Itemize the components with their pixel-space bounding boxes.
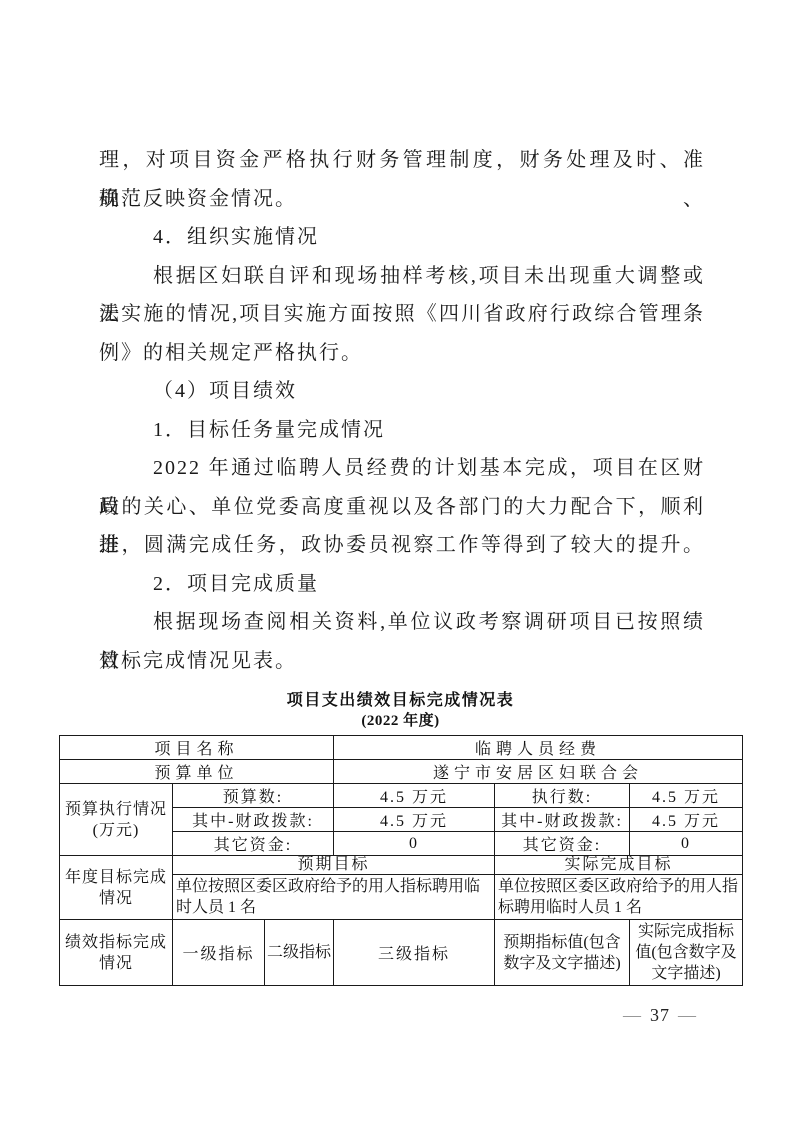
cell-level3-indicator: 三级指标: [334, 920, 495, 986]
cell-annual-target-label: 年度目标完成情况: [60, 856, 173, 920]
text-line: 局的关心、单位党委高度重视以及各部门的大力配合下，顺利推: [99, 488, 705, 527]
performance-table: 项目名称 临聘人员经费 预算单位 遂宁市安居区妇联合会 预算执行情况 (万元) …: [59, 735, 743, 986]
table-row: 绩效指标完成情况 一级指标 二级指标 三级指标 预期指标值(包含数字及文字描述)…: [60, 920, 743, 986]
page-number-dash-left: —: [615, 1005, 650, 1025]
cell-budget-execution-label: 预算执行情况 (万元): [60, 784, 173, 856]
budget-execution-label-line2: (万元): [93, 822, 140, 839]
cell-project-name-value: 临聘人员经费: [334, 736, 743, 760]
table-row: 年度目标完成情况 预期目标 实际完成目标: [60, 856, 743, 875]
page-number-dash-right: —: [670, 1005, 705, 1025]
cell-performance-label: 绩效指标完成情况: [60, 920, 173, 986]
cell-exec-value: 4.5 万元: [630, 808, 743, 832]
heading-line: 2．项目完成质量: [99, 565, 705, 604]
cell-budget-value: 0: [334, 832, 495, 856]
cell-exec-value: 4.5 万元: [630, 784, 743, 808]
heading-line: （4）项目绩效: [99, 372, 705, 411]
cell-exec-label: 其它资金:: [495, 832, 630, 856]
cell-expected-indicator-value: 预期指标值(包含数字及文字描述): [495, 920, 630, 986]
heading-line: 1．目标任务量完成情况: [99, 411, 705, 450]
cell-actual-target-text: 单位按照区委区政府给予的用人指标聘用临时人员 1 名: [495, 875, 743, 920]
cell-actual-target-header: 实际完成目标: [495, 856, 743, 875]
page-number-value: 37: [650, 1005, 670, 1025]
cell-budget-label: 其中-财政拨款:: [173, 808, 334, 832]
table-title-block: 项目支出绩效目标完成情况表 (2022 年度): [59, 691, 742, 732]
cell-budget-label: 预算数:: [173, 784, 334, 808]
table-row: 项目名称 临聘人员经费: [60, 736, 743, 760]
cell-expected-target-header: 预期目标: [173, 856, 495, 875]
text-line: 例》的相关规定严格执行。: [99, 334, 705, 373]
document-page: 理，对项目资金严格执行财务管理制度，财务处理及时、准确、 规范反映资金情况。 4…: [0, 0, 793, 1122]
body-text: 理，对项目资金严格执行财务管理制度，财务处理及时、准确、 规范反映资金情况。 4…: [99, 141, 705, 680]
cell-budget-value: 4.5 万元: [334, 808, 495, 832]
table-row: 预算单位 遂宁市安居区妇联合会: [60, 760, 743, 784]
cell-budget-label: 其它资金:: [173, 832, 334, 856]
text-line: 根据现场查阅相关资料,单位议政考察调研项目已按照绩效: [99, 603, 705, 642]
table-title: 项目支出绩效目标完成情况表: [59, 691, 742, 711]
cell-actual-indicator-value: 实际完成指标值(包含数字及文字描述): [630, 920, 743, 986]
text-line: 根据区妇联自评和现场抽样考核,项目未出现重大调整或无: [99, 257, 705, 296]
table-row: 预算执行情况 (万元) 预算数: 4.5 万元 执行数: 4.5 万元: [60, 784, 743, 808]
table-subtitle: (2022 年度): [59, 711, 742, 732]
cell-budget-value: 4.5 万元: [334, 784, 495, 808]
cell-level1-indicator: 一级指标: [173, 920, 265, 986]
cell-budget-unit-value: 遂宁市安居区妇联合会: [334, 760, 743, 784]
text-line: 2022 年通过临聘人员经费的计划基本完成，项目在区财政: [99, 449, 705, 488]
cell-exec-label: 其中-财政拨款:: [495, 808, 630, 832]
cell-project-name-label: 项目名称: [60, 736, 334, 760]
text-line: 目标完成情况见表。: [99, 642, 705, 681]
text-line: 理，对项目资金严格执行财务管理制度，财务处理及时、准确、: [99, 141, 705, 180]
cell-level2-indicator: 二级指标: [265, 920, 334, 986]
cell-expected-target-text: 单位按照区委区政府给予的用人指标聘用临时人员 1 名: [173, 875, 495, 920]
text-line: 进，圆满完成任务，政协委员视察工作等得到了较大的提升。: [99, 526, 705, 565]
cell-exec-label: 执行数:: [495, 784, 630, 808]
cell-exec-value: 0: [630, 832, 743, 856]
cell-budget-unit-label: 预算单位: [60, 760, 334, 784]
text-line: 法实施的情况,项目实施方面按照《四川省政府行政综合管理条: [99, 295, 705, 334]
heading-line: 4．组织实施情况: [99, 218, 705, 257]
budget-execution-label-line1: 预算执行情况: [65, 801, 167, 818]
page-number: —37—: [580, 1003, 740, 1027]
